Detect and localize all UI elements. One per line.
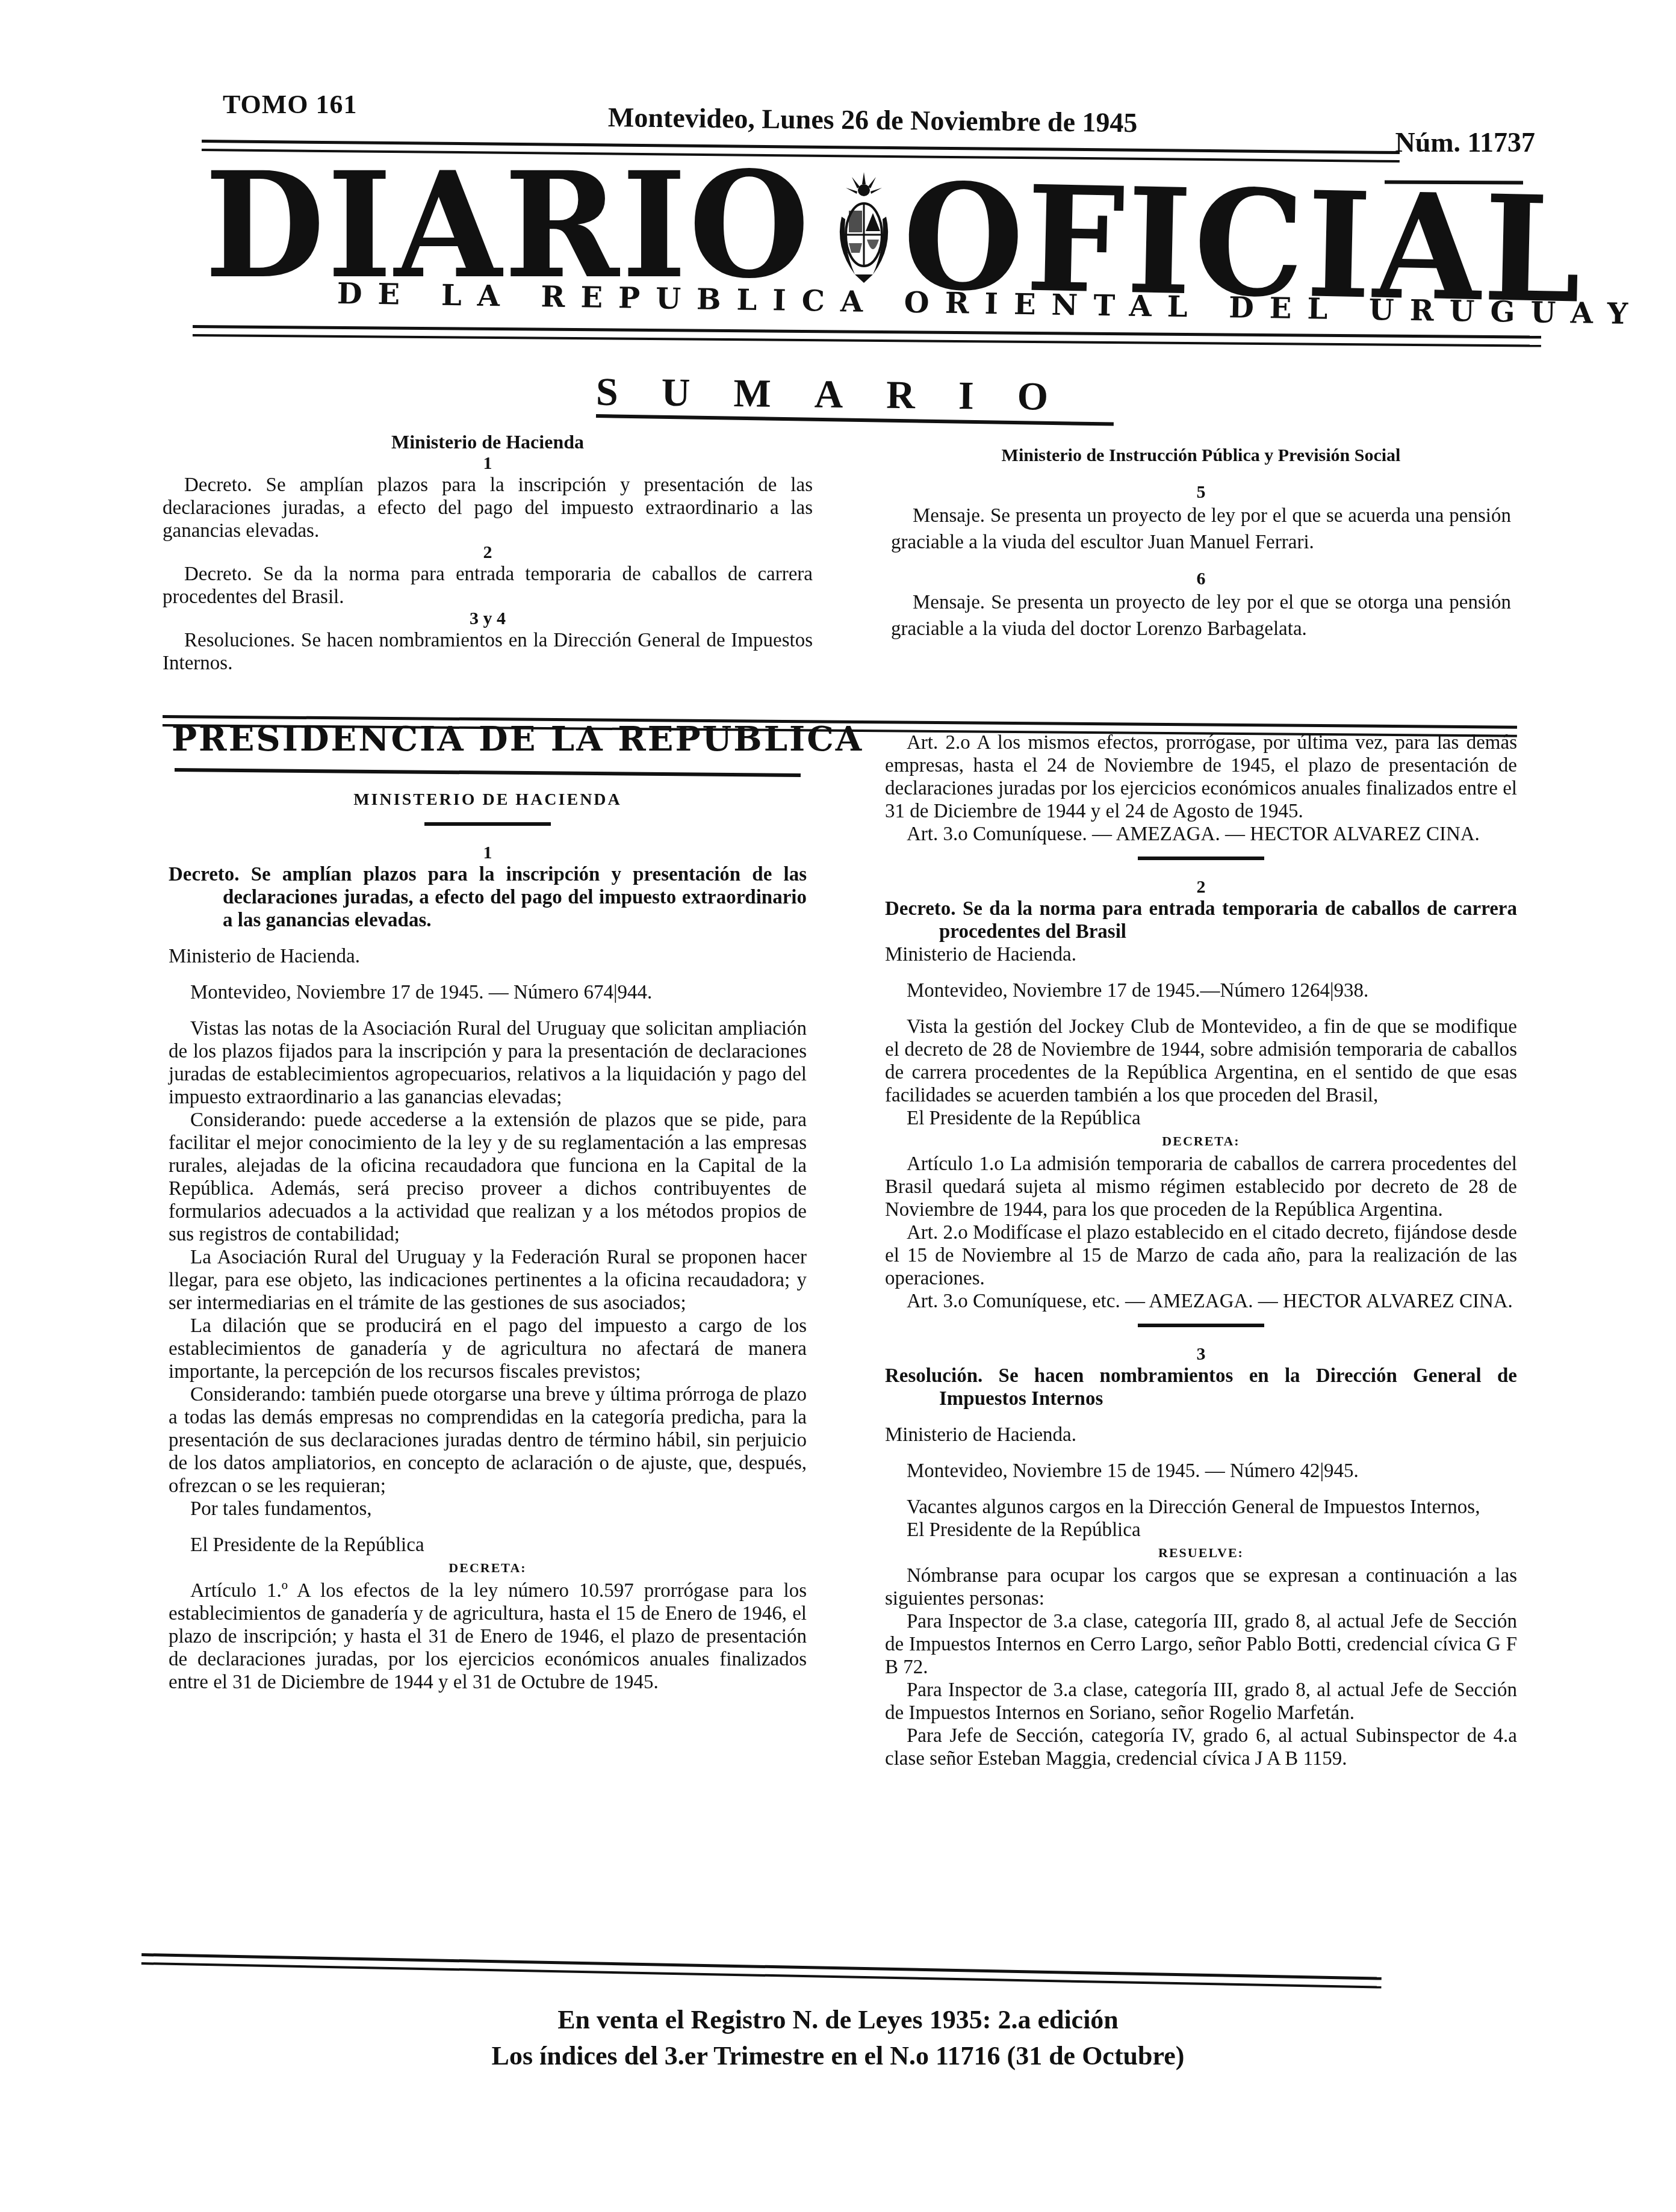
- decree-number: 2: [885, 877, 1517, 897]
- sumario-right: Ministerio de Instrucción Pública y Prev…: [891, 442, 1511, 642]
- divider: [424, 822, 551, 826]
- left-column: MINISTERIO DE HACIENDA 1 Decreto. Se amp…: [169, 788, 807, 1694]
- volume-label: TOMO 161: [223, 89, 358, 120]
- article: Art. 2.o A los mismos efectos, prorrógas…: [885, 731, 1517, 823]
- decreta-label: DECRETA:: [169, 1557, 807, 1579]
- decree-number: 1: [169, 843, 807, 863]
- ministry-heading: MINISTERIO DE HACIENDA: [169, 788, 807, 811]
- masthead-info-bar: TOMO 161 Montevideo, Lunes 26 de Noviemb…: [223, 84, 1535, 138]
- appointment: Para Inspector de 3.a clase, categoría I…: [885, 1610, 1517, 1679]
- paragraph: Por tales fundamentos,: [169, 1498, 807, 1520]
- article: Artículo 1.º A los efectos de la ley núm…: [169, 1579, 807, 1694]
- ministry-line: Ministerio de Hacienda.: [169, 945, 807, 968]
- presidencia-underline: [175, 768, 801, 777]
- paragraph: El Presidente de la República: [169, 1534, 807, 1557]
- resolution-title: Resolución. Se hacen nombramientos en la…: [885, 1365, 1517, 1410]
- right-column: Art. 2.o A los mismos efectos, prorrógas…: [885, 731, 1517, 1770]
- footer-notice-2: Los índices del 3.er Trimestre en el N.o…: [0, 2040, 1676, 2071]
- article: Art. 3.o Comuníquese, etc. — AMEZAGA. — …: [885, 1290, 1517, 1313]
- sumario-item: Resoluciones. Se hacen nombramientos en …: [163, 629, 813, 675]
- resolution-number: 3: [885, 1344, 1517, 1365]
- decree-title: Decreto. Se da la norma para entrada tem…: [885, 897, 1517, 943]
- footer-notice-1: En venta el Registro N. de Leyes 1935: 2…: [0, 2004, 1676, 2035]
- paragraph: Considerando: puede accederse a la exten…: [169, 1109, 807, 1246]
- paragraph: Vacantes algunos cargos en la Dirección …: [885, 1496, 1517, 1519]
- decreta-label: DECRETA:: [885, 1130, 1517, 1153]
- footer-rule: [141, 1953, 1382, 1989]
- appointment: Para Inspector de 3.a clase, categoría I…: [885, 1679, 1517, 1724]
- place-date: Montevideo, Noviembre 15 de 1945. — Núme…: [885, 1460, 1517, 1482]
- sumario-item: Decreto. Se amplían plazos para la inscr…: [163, 474, 813, 542]
- section-title-presidencia: PRESIDENCIA DE LA REPUBLICA: [172, 719, 863, 759]
- ministry-line: Ministerio de Hacienda.: [885, 1424, 1517, 1446]
- divider: [1138, 1324, 1264, 1327]
- article: Art. 3.o Comuníquese. — AMEZAGA. — HECTO…: [885, 823, 1517, 846]
- ministry-line: Ministerio de Hacienda.: [885, 943, 1517, 966]
- place-date: Montevideo, Noviembre 17 de 1945.—Número…: [885, 979, 1517, 1002]
- paragraph: Vista la gestión del Jockey Club de Mont…: [885, 1015, 1517, 1107]
- sumario-item-number: 1: [163, 453, 813, 474]
- article: Artículo 1.o La admisión temporaria de c…: [885, 1153, 1517, 1221]
- sumario-item: Mensaje. Se presenta un proyecto de ley …: [891, 589, 1511, 642]
- issue-number: Núm. 11737: [1395, 126, 1535, 158]
- sumario-left: Ministerio de Hacienda 1 Decreto. Se amp…: [163, 430, 813, 675]
- paragraph: Considerando: también puede otorgarse un…: [169, 1383, 807, 1498]
- sumario-item: Decreto. Se da la norma para entrada tem…: [163, 563, 813, 609]
- title-diario: DIARIO: [205, 153, 812, 299]
- paragraph: El Presidente de la República: [885, 1107, 1517, 1130]
- paragraph: El Presidente de la República: [885, 1519, 1517, 1541]
- paragraph: Vistas las notas de la Asociación Rural …: [169, 1017, 807, 1109]
- appointment: Para Jefe de Sección, categoría IV, grad…: [885, 1724, 1517, 1770]
- newspaper-page: TOMO 161 Montevideo, Lunes 26 de Noviemb…: [0, 0, 1676, 2212]
- paragraph: La dilación que se producirá en el pago …: [169, 1315, 807, 1383]
- sumario-title: SUMARIO: [596, 370, 1092, 421]
- divider: [1138, 857, 1264, 860]
- sumario-item-number: 2: [163, 542, 813, 563]
- place-date: Montevideo, Noviembre 17 de 1945. — Núme…: [169, 981, 807, 1004]
- sumario-item-number: 5: [891, 482, 1511, 503]
- coat-of-arms-icon: [831, 169, 897, 289]
- sumario-item: Mensaje. Se presenta un proyecto de ley …: [891, 503, 1511, 556]
- issue-dateline: Montevideo, Lunes 26 de Noviembre de 194…: [608, 101, 1138, 138]
- decree-title: Decreto. Se amplían plazos para la inscr…: [169, 863, 807, 932]
- resuelve-label: RESUELVE:: [885, 1541, 1517, 1564]
- appointment: Nómbranse para ocupar los cargos que se …: [885, 1564, 1517, 1610]
- sumario-ministry-instruccion: Ministerio de Instrucción Pública y Prev…: [891, 442, 1511, 469]
- sumario-item-number: 3 y 4: [163, 609, 813, 629]
- sumario-item-number: 6: [891, 569, 1511, 589]
- paragraph: La Asociación Rural del Uruguay y la Fed…: [169, 1246, 807, 1315]
- sumario-ministry-hacienda: Ministerio de Hacienda: [163, 430, 813, 453]
- article: Art. 2.o Modifícase el plazo establecido…: [885, 1221, 1517, 1290]
